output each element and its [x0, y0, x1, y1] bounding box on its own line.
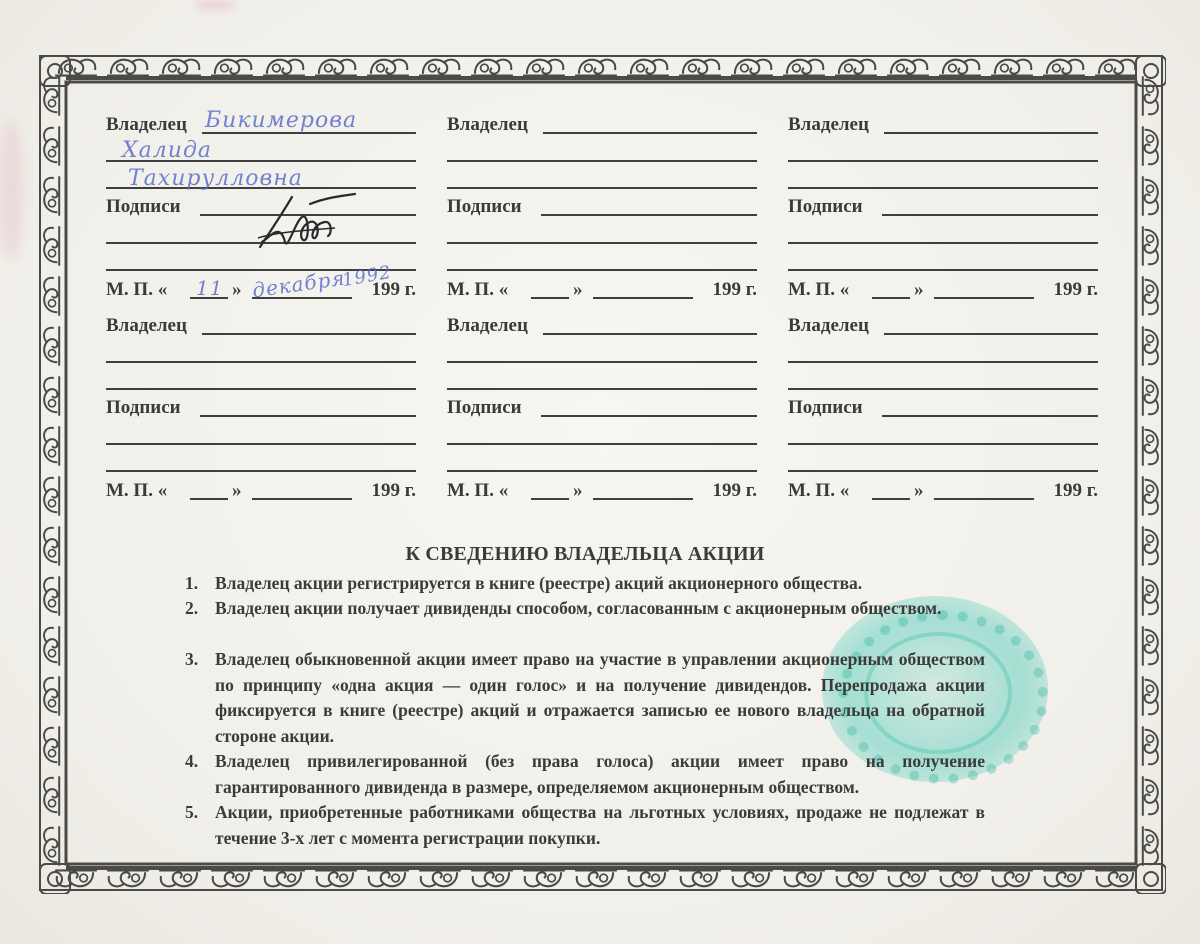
fill-line — [541, 214, 757, 216]
day-line — [872, 297, 910, 299]
month-line — [593, 498, 693, 500]
notice-item: 1. Владелец акции регистрируется в книге… — [185, 571, 985, 597]
fill-line — [447, 269, 757, 271]
seal-place-label: М. П. « — [447, 279, 508, 301]
year-label: 199 г. — [713, 480, 758, 502]
signature-line[interactable] — [447, 450, 757, 476]
notice-text: Владелец акции получает дивиденды способ… — [215, 596, 985, 622]
owner-label: Владелец — [106, 315, 187, 337]
owner-line[interactable] — [788, 341, 1098, 367]
month-line — [934, 498, 1034, 500]
seal-place-label: М. П. « — [106, 480, 167, 502]
owner-label: Владелец — [788, 114, 869, 136]
notice-item: 2. Владелец акции получает дивиденды спо… — [185, 596, 985, 622]
owner-line[interactable] — [788, 167, 1098, 193]
fill-line — [882, 214, 1098, 216]
owner-line[interactable] — [106, 341, 416, 367]
month-line — [934, 297, 1034, 299]
notice-item: 5. Акции, приобретенные работниками обще… — [185, 800, 985, 851]
notice-item: 4. Владелец привилегированной (без права… — [185, 749, 985, 800]
fill-line — [447, 443, 757, 445]
day-line — [190, 498, 228, 500]
fill-line — [788, 388, 1098, 390]
signature-label: Подписи — [106, 196, 181, 218]
fill-line — [106, 361, 416, 363]
fill-line — [447, 242, 757, 244]
fill-line — [541, 415, 757, 417]
year-label: 199 г. — [1054, 480, 1099, 502]
month-line — [593, 297, 693, 299]
notice-number: 4. — [185, 749, 198, 775]
fill-line — [447, 361, 757, 363]
fill-line — [788, 187, 1098, 189]
fill-line — [106, 443, 416, 445]
signature-label: Подписи — [447, 196, 522, 218]
date-field[interactable]: М. П. «»199 г. — [788, 478, 1098, 504]
owner-line[interactable] — [106, 368, 416, 394]
quote-close: » — [914, 480, 924, 502]
signature-line[interactable] — [788, 423, 1098, 449]
signature-label: Подписи — [788, 196, 863, 218]
owner-label: Владелец — [106, 114, 187, 136]
quote-close: » — [573, 480, 583, 502]
owner-line[interactable] — [447, 167, 757, 193]
fill-line — [200, 415, 416, 417]
signature-label: Подписи — [106, 397, 181, 419]
fill-line — [788, 242, 1098, 244]
fill-line — [788, 470, 1098, 472]
date-field[interactable]: М. П. «»199 г. — [788, 277, 1098, 303]
day-line — [531, 297, 569, 299]
owner-field[interactable]: Владелец — [447, 112, 757, 138]
quote-close: » — [573, 279, 583, 301]
signature-line[interactable] — [447, 423, 757, 449]
notice-number: 3. — [185, 647, 198, 673]
owner-field[interactable]: Владелец — [447, 313, 757, 339]
notice-text: Владелец привилегированной (без права го… — [215, 749, 985, 800]
handwritten-owner-surname: Бикимерова — [205, 108, 357, 133]
signature-field[interactable]: Подписи — [788, 395, 1098, 421]
signature-line[interactable] — [788, 450, 1098, 476]
fill-line — [543, 333, 757, 335]
notice-text: Владелец акции регистрируется в книге (р… — [215, 571, 985, 597]
date-field[interactable]: М. П. «»199 г. — [447, 277, 757, 303]
owner-label: Владелец — [447, 114, 528, 136]
owner-line[interactable] — [447, 140, 757, 166]
fill-line — [884, 132, 1098, 134]
year-label: 199 г. — [1054, 279, 1099, 301]
owner-label: Владелец — [447, 315, 528, 337]
fill-line — [788, 160, 1098, 162]
owner-line[interactable] — [788, 140, 1098, 166]
handwritten-owner-patronymic: Тахирулловна — [128, 166, 303, 191]
signature-field[interactable]: Подписи — [788, 194, 1098, 220]
owner-line[interactable] — [788, 368, 1098, 394]
signature-line[interactable] — [788, 222, 1098, 248]
notice-number: 1. — [185, 571, 198, 597]
fill-line — [884, 333, 1098, 335]
signature-line[interactable] — [106, 450, 416, 476]
owner-label: Владелец — [788, 315, 869, 337]
year-label: 199 г. — [372, 480, 417, 502]
owner-field[interactable]: Владелец — [106, 313, 416, 339]
signature-field[interactable]: Подписи — [447, 395, 757, 421]
notice-number: 5. — [185, 800, 198, 826]
quote-close: » — [232, 279, 242, 301]
owner-line[interactable] — [447, 368, 757, 394]
fill-line — [788, 269, 1098, 271]
year-label: 199 г. — [713, 279, 758, 301]
fill-line — [447, 187, 757, 189]
fill-line — [106, 388, 416, 390]
fill-line — [543, 132, 757, 134]
quote-close: » — [232, 480, 242, 502]
owner-line[interactable] — [447, 341, 757, 367]
day-line — [531, 498, 569, 500]
signature-line[interactable] — [447, 222, 757, 248]
fill-line — [447, 388, 757, 390]
fill-line — [788, 361, 1098, 363]
seal-place-label: М. П. « — [788, 480, 849, 502]
signature-icon — [250, 192, 370, 252]
quote-close: » — [914, 279, 924, 301]
fill-line — [882, 415, 1098, 417]
date-field[interactable]: М. П. «»199 г. — [106, 478, 416, 504]
owner-field[interactable]: Владелец — [788, 112, 1098, 138]
fill-line — [447, 470, 757, 472]
notice-number: 2. — [185, 596, 198, 622]
signature-line[interactable] — [447, 249, 757, 275]
notice-text: Владелец обыкновенной акции имеет право … — [215, 647, 985, 749]
seal-place-label: М. П. « — [788, 279, 849, 301]
handwritten-owner-name: Халида — [122, 138, 212, 163]
signature-field[interactable]: Подписи — [106, 395, 416, 421]
owner-field[interactable]: Владелец — [788, 313, 1098, 339]
day-line — [872, 498, 910, 500]
fill-line — [202, 333, 416, 335]
notice-title: К СВЕДЕНИЮ ВЛАДЕЛЬЦА АКЦИИ — [185, 543, 985, 566]
signature-line[interactable] — [788, 249, 1098, 275]
signature-field[interactable]: Подписи — [447, 194, 757, 220]
fill-line — [106, 470, 416, 472]
fill-line — [788, 443, 1098, 445]
signature-label: Подписи — [788, 397, 863, 419]
fill-line — [447, 160, 757, 162]
seal-place-label: М. П. « — [447, 480, 508, 502]
signature-label: Подписи — [447, 397, 522, 419]
signature-line[interactable] — [106, 423, 416, 449]
notice-item: 3. Владелец обыкновенной акции имеет пра… — [185, 647, 985, 749]
seal-place-label: М. П. « — [106, 279, 167, 301]
date-field[interactable]: М. П. «»199 г. — [447, 478, 757, 504]
handwritten-date-day: 11 — [196, 276, 223, 300]
month-line — [252, 498, 352, 500]
notice-text: Акции, приобретенные работниками обществ… — [215, 800, 985, 851]
